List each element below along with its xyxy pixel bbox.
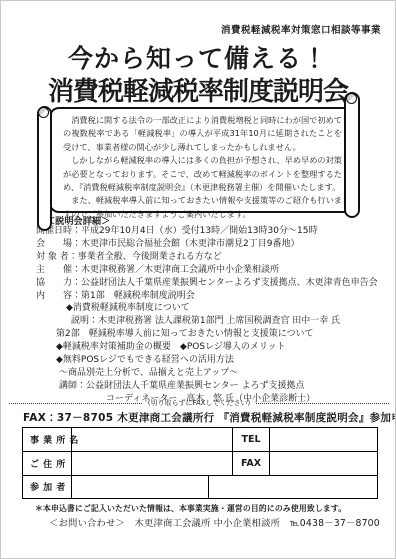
participants-field-left bbox=[72, 476, 209, 498]
form-row-office: 事 業 所 名 TEL bbox=[23, 428, 377, 451]
office-name-field bbox=[72, 428, 232, 451]
form-row-participants: 参 加 者 bbox=[23, 475, 377, 498]
intro-paragraph: しかしながら軽減税率の導入には多くの負担が予想され、早め早めの対策が必要となって… bbox=[63, 154, 342, 194]
dotted-rule-right bbox=[256, 403, 389, 404]
detail-line-venue: 会 場：木更津市民総合福祉会館（木更津市潮見2丁目9番地） bbox=[36, 238, 376, 251]
fax-form-title: FAX：37－8705 木更津商工会議所行 『消費税軽減税率制度説明会』参加申込… bbox=[23, 410, 396, 425]
detail-line-organizer: 主 催：木更津税務署／木更津商工会議所中小企業相談所 bbox=[36, 264, 376, 277]
scroll-roll-right-decoration bbox=[344, 92, 360, 218]
application-form-table: 事 業 所 名 TEL ご 住 所 FAX 参 加 者 bbox=[22, 427, 378, 499]
fax-field bbox=[270, 452, 377, 474]
office-name-label: 事 業 所 名 bbox=[23, 428, 72, 451]
privacy-note: ＊本申込書にご記入いただいた情報は、本事業実施・運営の目的にのみ使用致します。 bbox=[35, 503, 346, 514]
detail-line-topic3: ◆無料POSレジでもできる経営への活用方法 bbox=[56, 354, 376, 367]
intro-scroll-box: 消費税に関する法令の一部改正により消費税増税と同時にわが国で初めての複数税率であ… bbox=[49, 107, 355, 213]
detail-line-topic2: ◆軽減税率対策補助金の概要 ◆POSレジ導入のメリット bbox=[56, 341, 376, 354]
address-field bbox=[72, 452, 232, 474]
detail-line-audience: 対 象 者：事業者全般、今後開業される方など bbox=[36, 251, 376, 264]
detail-line-lecturer: 講師：公益財団法人千葉県産業振興センター よろず支援拠点 bbox=[59, 380, 376, 393]
contact-info: ＜お問い合わせ＞ 木更津商工会議所 中小企業相談所 ℡0438－37－8700 bbox=[49, 515, 380, 529]
intro-paragraph: また、軽減税率導入前に知っておきたい情報や支援策等のご紹介も行いますのでご参加い… bbox=[63, 194, 342, 221]
form-row-address: ご 住 所 FAX bbox=[23, 451, 377, 474]
flyer-page: 消費税軽減税率対策窓口相談等事業 今から知って備える！ 消費税軽減税率制度説明会… bbox=[0, 0, 396, 559]
fax-label: FAX bbox=[232, 452, 270, 474]
detail-line-topic1: ◆消費税軽減税率制度について bbox=[66, 302, 376, 315]
participants-label: 参 加 者 bbox=[23, 476, 72, 498]
details-list: 開催日時：平成29年10月4日（水）受付13時／開始13時30分～15時 会 場… bbox=[36, 225, 376, 406]
flyer-title-line2: 消費税軽減税率制度説明会 bbox=[1, 71, 395, 108]
participants-field-right bbox=[209, 476, 377, 498]
program-tag: 消費税軽減税率対策窓口相談等事業 bbox=[221, 22, 381, 36]
tel-field bbox=[270, 428, 377, 451]
intro-paragraph: 消費税に関する法令の一部改正により消費税増税と同時にわが国で初めての複数税率であ… bbox=[63, 114, 342, 154]
flyer-title-line1: 今から知って備える！ bbox=[1, 39, 395, 75]
detail-line-cooperation: 協 力：公益財団法人千葉県産業振興センターよろず支援拠点、木更津青色申告会 bbox=[36, 277, 376, 290]
dotted-rule-left bbox=[9, 403, 142, 404]
scroll-end-circle-right bbox=[346, 93, 357, 104]
cut-note: (切り取らずにFAXしてください) bbox=[142, 398, 256, 408]
detail-line-part2: 第2部 軽減税率導入前に知っておきたい情報と支援策について bbox=[56, 328, 376, 341]
detail-line-datetime: 開催日時：平成29年10月4日（水）受付13時／開始13時30分～15時 bbox=[36, 225, 376, 238]
address-label: ご 住 所 bbox=[23, 452, 72, 474]
detail-line-speaker1: 説明：木更津税務署 法人課税第1部門 上席国税調査官 田中一幸 氏 bbox=[71, 315, 376, 328]
scroll-end-circle-left bbox=[38, 107, 49, 118]
detail-line-subtitle: ～商品別売上分析で、品揃えと売上アップ～ bbox=[59, 367, 376, 380]
scroll-roll-left-decoration bbox=[37, 106, 52, 231]
detail-line-contents: 内 容：第1部 軽減税率制度説明会 bbox=[36, 290, 376, 303]
fax-cut-line: (切り取らずにFAXしてください) bbox=[9, 398, 389, 408]
tel-label: TEL bbox=[232, 428, 270, 451]
